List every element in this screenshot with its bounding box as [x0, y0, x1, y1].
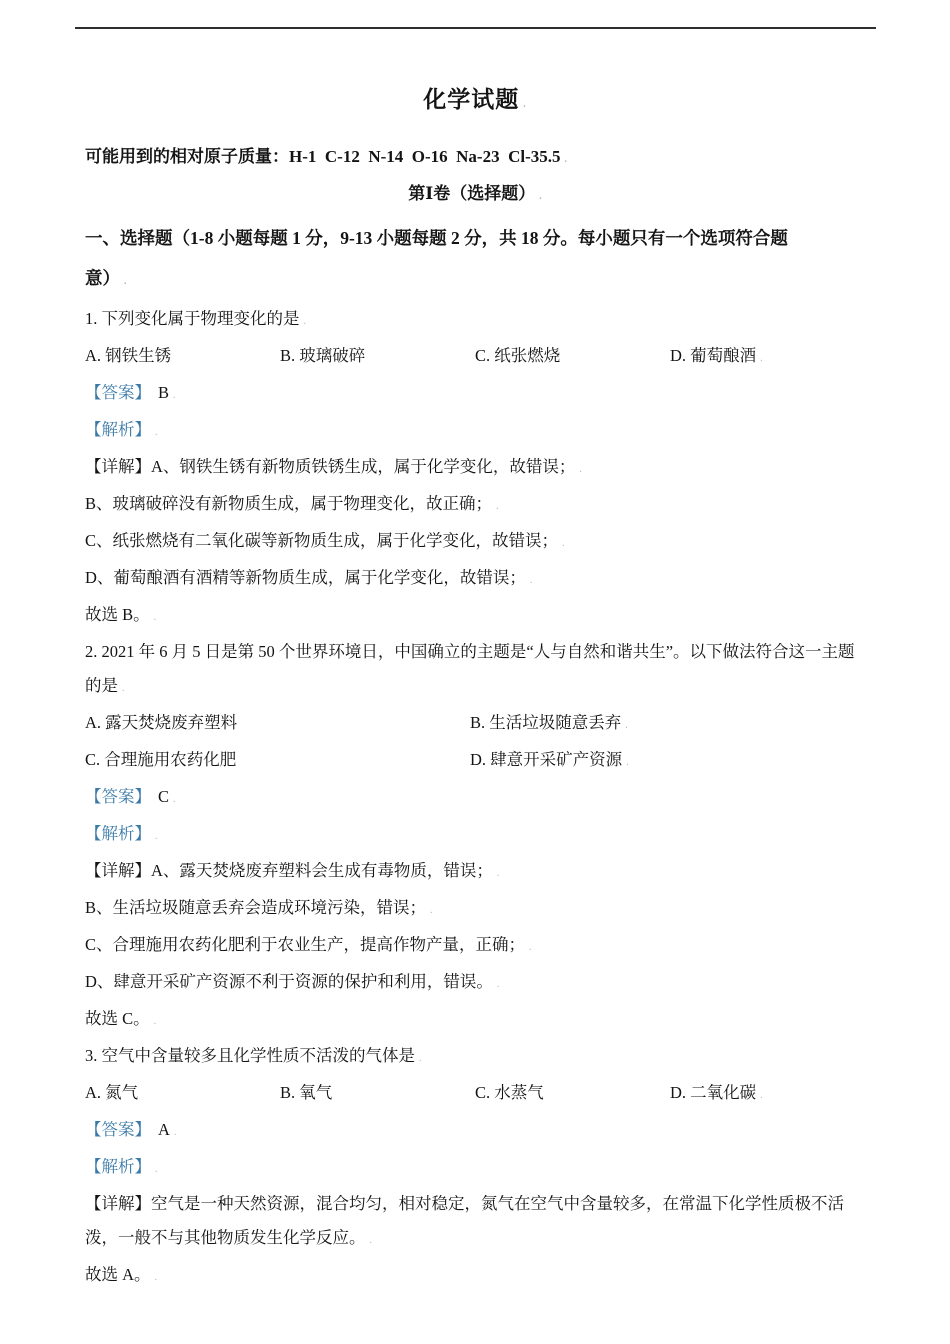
answer-value: B: [158, 383, 169, 402]
option-text: D. 葡萄酿酒: [670, 346, 756, 365]
question-stem-text: 的是: [85, 676, 118, 695]
paragraph-mark: .: [155, 831, 158, 842]
detail-line: 泼，一般不与其他物质发生化学反应。.: [85, 1221, 865, 1258]
atomic-mass-text: 可能用到的相对原子质量：H-1 C-12 N-14 O-16 Na-23 Cl-…: [85, 147, 561, 166]
paragraph-mark: .: [562, 538, 565, 549]
detail-text: 【详解】空气是一种天然资源，混合均匀，相对稳定，氮气在空气中含量较多，在常温下化…: [85, 1194, 844, 1213]
options-row: C. 合理施用农药化肥 D. 肆意开采矿产资源.: [85, 743, 865, 780]
options-row: A. 氮气 B. 氧气 C. 水蒸气 D. 二氧化碳.: [85, 1076, 865, 1113]
paragraph-mark: .: [760, 1090, 763, 1101]
detail-line: B、玻璃破碎没有新物质生成，属于物理变化，故正确；.: [85, 487, 865, 524]
page-title: 化学试题.: [85, 85, 865, 120]
paragraph-mark: .: [529, 942, 532, 953]
question-2: 2. 2021 年 6 月 5 日是第 50 个世界环境日，中国确立的主题是“人…: [85, 635, 865, 1039]
paragraph-mark: .: [370, 1235, 373, 1246]
option-text: D. 二氧化碳: [670, 1083, 756, 1102]
option-text: B. 氧气: [280, 1083, 332, 1102]
paragraph-mark: .: [155, 1164, 158, 1175]
detail-line: D、葡萄酿酒有酒精等新物质生成，属于化学变化，故错误；.: [85, 561, 865, 598]
answer-label: 【答案】: [85, 1120, 151, 1139]
analysis-label: 【解析】: [85, 420, 151, 439]
detail-text: D、葡萄酿酒有酒精等新物质生成，属于化学变化，故错误；: [85, 568, 526, 587]
paragraph-mark: .: [626, 757, 629, 768]
paragraph-mark: .: [530, 575, 533, 586]
page-title-text: 化学试题: [423, 87, 519, 112]
volume-header: 第Ⅰ卷（选择题）.: [85, 177, 865, 214]
paragraph-mark: .: [174, 1127, 177, 1138]
paragraph-mark: .: [539, 191, 542, 202]
answer-value: A: [158, 1120, 170, 1139]
paragraph-mark: .: [419, 1053, 422, 1064]
option-text: A. 钢铁生锈: [85, 346, 171, 365]
option-text: B. 生活垃圾随意丢弃: [470, 713, 621, 732]
paragraph-mark: .: [154, 1016, 157, 1027]
paragraph-mark: .: [565, 154, 568, 165]
answer-line: 【答案】C.: [85, 780, 865, 817]
analysis-label: 【解析】: [85, 824, 151, 843]
conclusion-text: 故选 B。: [85, 605, 150, 624]
analysis-line: 【解析】.: [85, 413, 865, 450]
answer-label: 【答案】: [85, 787, 151, 806]
question-stem-text: 3. 空气中含量较多且化学性质不活泼的气体是: [85, 1046, 415, 1065]
option-c: C. 合理施用农药化肥: [85, 743, 470, 780]
question-3: 3. 空气中含量较多且化学性质不活泼的气体是. A. 氮气 B. 氧气 C. 水…: [85, 1039, 865, 1295]
answer-label: 【答案】: [85, 383, 151, 402]
paragraph-mark: .: [625, 720, 628, 731]
paragraph-mark: .: [122, 683, 125, 694]
detail-text: B、玻璃破碎没有新物质生成，属于物理变化，故正确；: [85, 494, 492, 513]
atomic-mass-line: 可能用到的相对原子质量：H-1 C-12 N-14 O-16 Na-23 Cl-…: [85, 140, 865, 177]
detail-text: 【详解】A、钢铁生锈有新物质铁锈生成，属于化学变化，故错误；: [85, 457, 575, 476]
detail-text: 泼，一般不与其他物质发生化学反应。: [85, 1228, 366, 1247]
detail-line: 【详解】A、钢铁生锈有新物质铁锈生成，属于化学变化，故错误；.: [85, 450, 865, 487]
paragraph-mark: .: [173, 794, 176, 805]
option-a: A. 露天焚烧废弃塑料: [85, 706, 470, 743]
option-c: C. 纸张燃烧: [475, 339, 670, 376]
analysis-line: 【解析】.: [85, 817, 865, 854]
paragraph-mark: .: [497, 868, 500, 879]
option-b: B. 生活垃圾随意丢弃.: [470, 706, 628, 743]
detail-line: 【详解】A、露天焚烧废弃塑料会生成有毒物质，错误；.: [85, 854, 865, 891]
option-a: A. 氮气: [85, 1076, 280, 1113]
detail-text: C、纸张燃烧有二氧化碳等新物质生成，属于化学变化，故错误；: [85, 531, 558, 550]
option-d: D. 葡萄酿酒.: [670, 339, 763, 376]
detail-text: C、合理施用农药化肥利于农业生产，提高作物产量，正确；: [85, 935, 525, 954]
paragraph-mark: .: [173, 390, 176, 401]
option-text: A. 氮气: [85, 1083, 138, 1102]
option-a: A. 钢铁生锈: [85, 339, 280, 376]
volume-header-text: 第Ⅰ卷（选择题）: [408, 184, 535, 203]
option-d: D. 二氧化碳.: [670, 1076, 763, 1113]
analysis-label: 【解析】: [85, 1157, 151, 1176]
conclusion-text: 故选 C。: [85, 1009, 150, 1028]
analysis-line: 【解析】.: [85, 1150, 865, 1187]
option-text: A. 露天焚烧废弃塑料: [85, 713, 237, 732]
paragraph-mark: .: [154, 612, 157, 623]
paragraph-mark: .: [760, 353, 763, 364]
option-d: D. 肆意开采矿产资源.: [470, 743, 629, 780]
option-text: C. 纸张燃烧: [475, 346, 560, 365]
section-heading-line-1: 一、选择题（1-8 小题每题 1 分，9-13 小题每题 2 分，共 18 分。…: [85, 218, 865, 258]
option-b: B. 氧气: [280, 1076, 475, 1113]
option-text: C. 合理施用农药化肥: [85, 750, 236, 769]
detail-line: D、肆意开采矿产资源不利于资源的保护和利用，错误。.: [85, 965, 865, 1002]
paragraph-mark: .: [124, 276, 127, 287]
paragraph-mark: .: [304, 316, 307, 327]
answer-line: 【答案】B.: [85, 376, 865, 413]
exam-document: 化学试题. 可能用到的相对原子质量：H-1 C-12 N-14 O-16 Na-…: [85, 0, 865, 1295]
question-stem-text: 2. 2021 年 6 月 5 日是第 50 个世界环境日，中国确立的主题是“人…: [85, 642, 855, 661]
conclusion-text: 故选 A。: [85, 1265, 151, 1284]
detail-text: B、生活垃圾随意丢弃会造成环境污染，错误；: [85, 898, 426, 917]
detail-line: B、生活垃圾随意丢弃会造成环境污染，错误；.: [85, 891, 865, 928]
detail-text: 【详解】A、露天焚烧废弃塑料会生成有毒物质，错误；: [85, 861, 493, 880]
section-heading-text: 意）: [85, 268, 120, 288]
option-c: C. 水蒸气: [475, 1076, 670, 1113]
section-heading-text: 一、选择题（1-8 小题每题 1 分，9-13 小题每题 2 分，共 18 分。…: [85, 228, 788, 248]
question-stem: 3. 空气中含量较多且化学性质不活泼的气体是.: [85, 1039, 865, 1076]
question-stem: 1. 下列变化属于物理变化的是.: [85, 302, 865, 339]
detail-line: C、合理施用农药化肥利于农业生产，提高作物产量，正确；.: [85, 928, 865, 965]
paragraph-mark: .: [523, 99, 527, 110]
section-heading-line-2: 意）.: [85, 258, 865, 302]
option-text: C. 水蒸气: [475, 1083, 544, 1102]
paragraph-mark: .: [496, 501, 499, 512]
conclusion-line: 故选 A。.: [85, 1258, 865, 1295]
detail-text: D、肆意开采矿产资源不利于资源的保护和利用，错误。: [85, 972, 493, 991]
paragraph-mark: .: [155, 427, 158, 438]
answer-value: C: [158, 787, 169, 806]
question-1: 1. 下列变化属于物理变化的是. A. 钢铁生锈 B. 玻璃破碎 C. 纸张燃烧…: [85, 302, 865, 635]
paragraph-mark: .: [430, 905, 433, 916]
options-row: A. 钢铁生锈 B. 玻璃破碎 C. 纸张燃烧 D. 葡萄酿酒.: [85, 339, 865, 376]
paragraph-mark: .: [497, 979, 500, 990]
paragraph-mark: .: [155, 1272, 158, 1283]
option-text: B. 玻璃破碎: [280, 346, 365, 365]
question-stem-text: 1. 下列变化属于物理变化的是: [85, 309, 300, 328]
options-row: A. 露天焚烧废弃塑料 B. 生活垃圾随意丢弃.: [85, 706, 865, 743]
detail-line: 【详解】空气是一种天然资源，混合均匀，相对稳定，氮气在空气中含量较多，在常温下化…: [85, 1187, 865, 1221]
option-b: B. 玻璃破碎: [280, 339, 475, 376]
question-stem: 2. 2021 年 6 月 5 日是第 50 个世界环境日，中国确立的主题是“人…: [85, 635, 865, 669]
detail-line: C、纸张燃烧有二氧化碳等新物质生成，属于化学变化，故错误；.: [85, 524, 865, 561]
conclusion-line: 故选 C。.: [85, 1002, 865, 1039]
paragraph-mark: .: [579, 464, 582, 475]
option-text: D. 肆意开采矿产资源: [470, 750, 622, 769]
question-stem-continued: 的是.: [85, 669, 865, 706]
answer-line: 【答案】A.: [85, 1113, 865, 1150]
conclusion-line: 故选 B。.: [85, 598, 865, 635]
